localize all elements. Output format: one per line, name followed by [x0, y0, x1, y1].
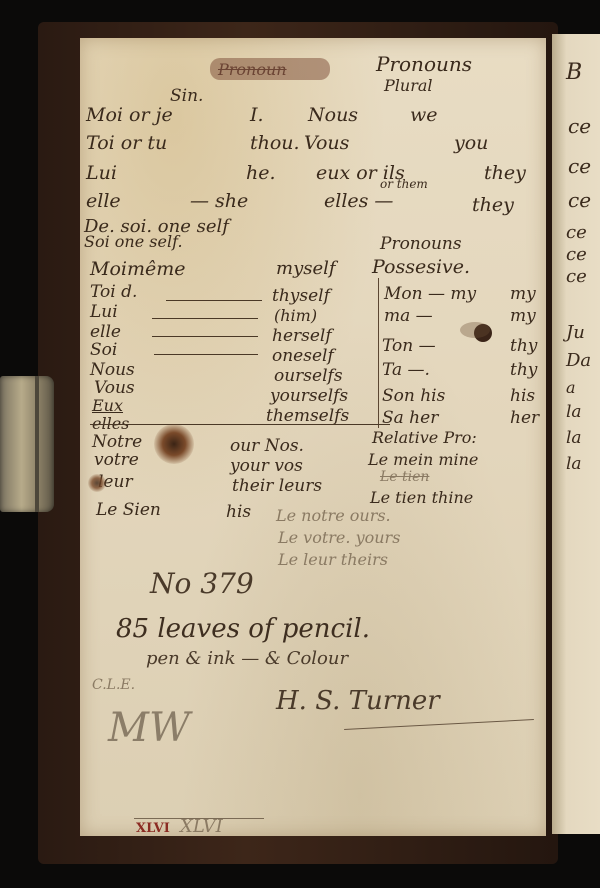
relative-heading: Relative Pro: — [372, 430, 477, 446]
possessive-en: thy — [510, 362, 537, 379]
facing-fragment: ce — [568, 116, 591, 136]
possessive-fr: Mon — my — [384, 286, 476, 303]
lower-en: their leurs — [232, 478, 322, 495]
margin-scribble: MW — [108, 708, 190, 748]
brass-clasp — [0, 376, 54, 512]
pronoun-fr: elle — [86, 192, 121, 211]
facing-fragment: a — [566, 380, 576, 396]
pronoun-en: — she — [190, 192, 248, 211]
facing-fragment: B — [566, 62, 582, 84]
possessive-heading-2: Possesive. — [372, 258, 470, 277]
heading-plural: Plural — [384, 78, 433, 94]
interlinear-note: or them — [380, 178, 428, 190]
pronoun-fr: Lui — [86, 164, 117, 183]
reflexive-fr: Eux — [92, 398, 123, 414]
reflexive-en: thyself — [272, 288, 330, 305]
struck-heading: Pronoun — [218, 62, 287, 78]
possessive-fr: Son his — [382, 388, 445, 405]
margin-initials: C.L.E. — [92, 678, 135, 692]
possessive-en: his — [510, 388, 535, 405]
pronoun-en-plural: we — [410, 106, 438, 125]
signature-underline — [344, 719, 534, 730]
lower-fr: votre — [94, 452, 139, 469]
stamp-rule — [134, 818, 264, 819]
catalogue-number: No 379 — [150, 570, 254, 598]
dash-line — [166, 300, 262, 301]
pronoun-fr-plural: Nous — [308, 106, 358, 125]
possessive-fr: ma — — [384, 308, 433, 325]
pronoun-fr: Moi or je — [86, 106, 173, 125]
facing-fragment: ce — [566, 224, 587, 242]
possessive-heading: Pronouns — [380, 236, 462, 253]
lower-en: our Nos. — [230, 438, 304, 455]
burn-stain — [88, 474, 106, 492]
pronoun-en-plural: they — [472, 196, 514, 215]
dash-line — [152, 336, 258, 337]
facing-fragment: Da — [566, 352, 591, 370]
possessive-fr: Ton — — [382, 338, 436, 355]
reflexive-fr: Moimême — [90, 260, 186, 279]
column-divider — [378, 278, 379, 428]
relative-row: Le tien thine — [370, 490, 473, 506]
lower-en: his — [226, 504, 251, 521]
reflexive-en: oneself — [272, 348, 334, 365]
possessive-en: my — [510, 286, 536, 303]
possessive-fr: Sa her — [382, 410, 438, 427]
relative-row: Le mein mine — [368, 452, 478, 468]
burn-stain — [154, 424, 194, 464]
reflexive-fr: Toi d. — [90, 284, 137, 301]
relative-row-struck: Le tien — [380, 470, 429, 484]
possessive-en: my — [510, 308, 536, 325]
soi-line-2: Soi one self. — [84, 234, 183, 250]
pronoun-en-plural: you — [454, 134, 488, 153]
pronoun-fr: Toi or tu — [86, 134, 167, 153]
facing-fragment: la — [566, 456, 582, 473]
notebook-page: Pronoun Sin. Pronouns Plural Moi or je I… — [80, 38, 546, 836]
lower-fr: Le Sien — [96, 502, 161, 519]
lower-en: your vos — [230, 458, 303, 475]
possessive-en: thy — [510, 338, 537, 355]
facing-fragment: la — [566, 404, 582, 421]
reflexive-fr: Vous — [94, 380, 135, 397]
pronoun-en: I. — [250, 106, 264, 125]
facing-fragment: ce — [566, 246, 587, 264]
reflexive-en: themselfs — [266, 408, 349, 425]
relative-row: Le leur theirs — [278, 552, 388, 568]
dash-line — [152, 318, 258, 319]
reflexive-en: myself — [276, 260, 336, 278]
facing-fragment: ce — [566, 268, 587, 286]
pronoun-en-plural: they — [484, 164, 526, 183]
catalogue-media: pen & ink — & Colour — [146, 650, 348, 668]
heading-singular: Sin. — [170, 88, 203, 105]
reflexive-fr: elle — [90, 324, 121, 341]
reflexive-en: yourselfs — [270, 388, 348, 405]
reflexive-fr: Lui — [90, 304, 118, 321]
dash-line — [154, 354, 258, 355]
lower-fr: Notre — [92, 434, 142, 451]
facing-fragment: ce — [568, 190, 591, 210]
section-rule — [90, 424, 390, 425]
stamp-red: XLVI — [136, 822, 170, 835]
pronoun-en: he. — [246, 164, 276, 183]
pronoun-fr-plural: elles — — [324, 192, 393, 211]
signature: H. S. Turner — [276, 688, 440, 714]
catalogue-leaves: 85 leaves of pencil. — [116, 616, 370, 642]
pronoun-en: thou. — [250, 134, 300, 153]
facing-fragment: ce — [568, 156, 591, 176]
relative-row: Le notre ours. — [276, 508, 391, 524]
facing-fragment: la — [566, 430, 582, 447]
possessive-en: her — [510, 410, 539, 427]
heading-pronouns: Pronouns — [376, 54, 472, 74]
facing-fragment: Ju — [566, 324, 585, 342]
reflexive-en: (him) — [274, 308, 317, 324]
pronoun-fr-plural: Vous — [304, 134, 349, 153]
relative-row: Le votre. yours — [278, 530, 400, 546]
reflexive-fr: Soi — [90, 342, 117, 359]
reflexive-en: ourselfs — [274, 368, 343, 385]
possessive-fr: Ta —. — [382, 362, 430, 379]
stamp-pencil: XLVI — [180, 818, 223, 836]
ink-smear — [460, 322, 490, 338]
reflexive-fr: Nous — [90, 362, 135, 379]
facing-page: B ce ce ce ce ce ce Ju Da a la la la — [552, 34, 600, 834]
reflexive-en: herself — [272, 328, 332, 345]
